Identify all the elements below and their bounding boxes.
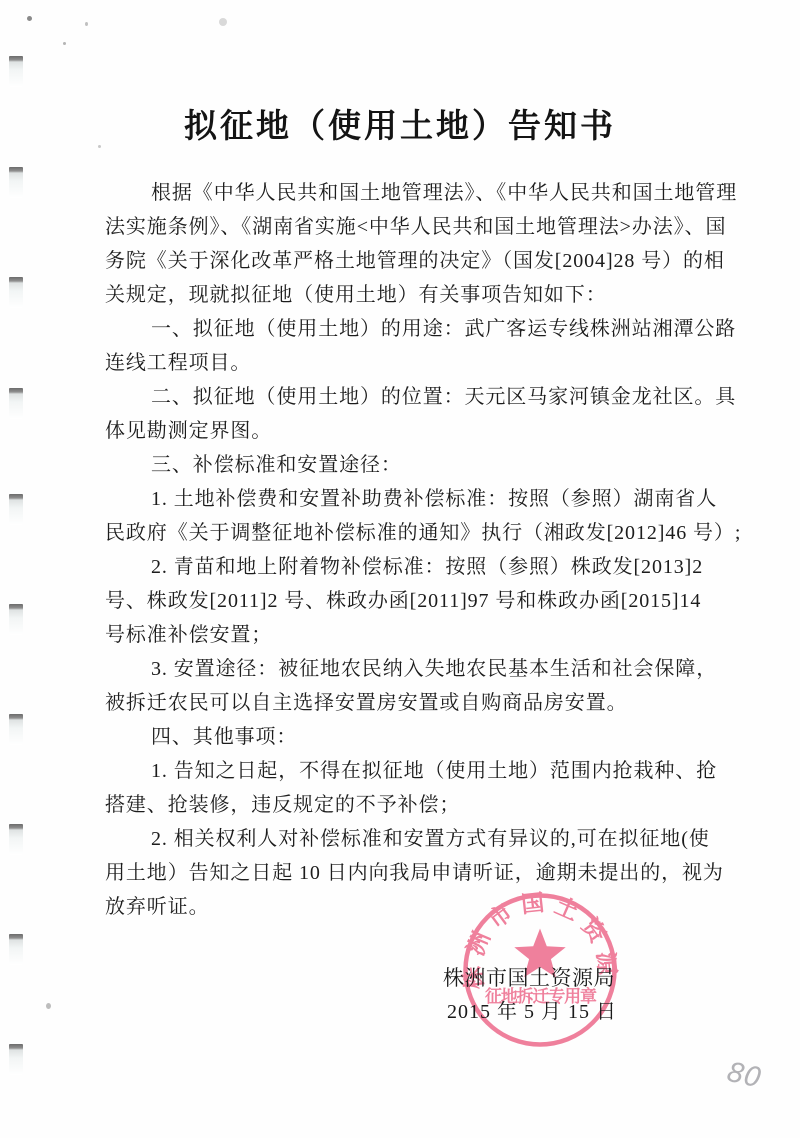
body-line: 一、拟征地（使用土地）的用途：武广客运专线株洲站湘潭公路: [105, 312, 717, 346]
body-line: 2. 相关权利人对补偿标准和安置方式有异议的,可在拟征地(使: [105, 822, 717, 856]
body-line: 法实施条例》、《湖南省实施<中华人民共和国土地管理法>办法》、国: [105, 210, 717, 244]
binder-hole: [9, 277, 23, 308]
body-line: 号标准补偿安置；: [105, 618, 717, 652]
binder-hole: [9, 56, 23, 87]
document-title: 拟征地（使用土地）告知书: [0, 100, 800, 147]
body-line: 2. 青苗和地上附着物补偿标准：按照（参照）株政发[2013]2: [105, 550, 717, 584]
body-line: 连线工程项目。: [105, 346, 717, 380]
binder-hole: [9, 824, 23, 855]
binder-hole: [9, 934, 23, 965]
body-line: 务院《关于深化改革严格土地管理的决定》（国发[2004]28 号）的相: [105, 244, 717, 278]
body-line: 关规定，现就拟征地（使用土地）有关事项告知如下：: [105, 278, 717, 312]
body-line: 根据《中华人民共和国土地管理法》、《中华人民共和国土地管理: [105, 176, 717, 210]
scan-speck: [63, 42, 66, 45]
body-line: 三、补偿标准和安置途径：: [105, 448, 717, 482]
handwritten-page-number: 80: [724, 1057, 764, 1094]
body-line: 3. 安置途径：被征地农民纳入失地农民基本生活和社会保障，: [105, 652, 717, 686]
scan-speck: [27, 16, 32, 21]
issue-date: 2015 年 5 月 15 日: [447, 995, 617, 1024]
issuer-name: 株洲市国土资源局: [443, 962, 615, 992]
binder-hole: [9, 167, 23, 198]
scanned-document-page: 拟征地（使用土地）告知书 根据《中华人民共和国土地管理法》、《中华人民共和国土地…: [0, 0, 800, 1138]
body-line: 体见勘测定界图。: [105, 414, 717, 448]
scan-speck: [219, 18, 227, 26]
binder-hole: [9, 714, 23, 745]
body-line: 放弃听证。: [105, 890, 717, 924]
body-line: 1. 土地补偿费和安置补助费补偿标准：按照（参照）湖南省人: [105, 482, 717, 516]
body-line: 搭建、抢装修，违反规定的不予补偿；: [105, 788, 717, 822]
binder-hole: [9, 604, 23, 635]
body-line: 民政府《关于调整征地补偿标准的通知》执行（湘政发[2012]46 号）;: [105, 516, 717, 550]
document-body: 根据《中华人民共和国土地管理法》、《中华人民共和国土地管理法实施条例》、《湖南省…: [105, 176, 717, 924]
body-line: 号、株政发[2011]2 号、株政办函[2011]97 号和株政办函[2015]…: [105, 584, 717, 618]
body-line: 用土地）告知之日起 10 日内向我局申请听证，逾期未提出的，视为: [105, 856, 717, 890]
body-line: 四、其他事项：: [105, 720, 717, 754]
scan-speck: [85, 22, 88, 26]
binder-hole: [9, 494, 23, 525]
body-line: 二、拟征地（使用土地）的位置：天元区马家河镇金龙社区。具: [105, 380, 717, 414]
binder-hole: [9, 388, 23, 419]
body-line: 1. 告知之日起，不得在拟征地（使用土地）范围内抢栽种、抢: [105, 754, 717, 788]
scan-speck: [46, 1003, 51, 1009]
binder-hole: [9, 1044, 23, 1075]
body-line: 被拆迁农民可以自主选择安置房安置或自购商品房安置。: [105, 686, 717, 720]
